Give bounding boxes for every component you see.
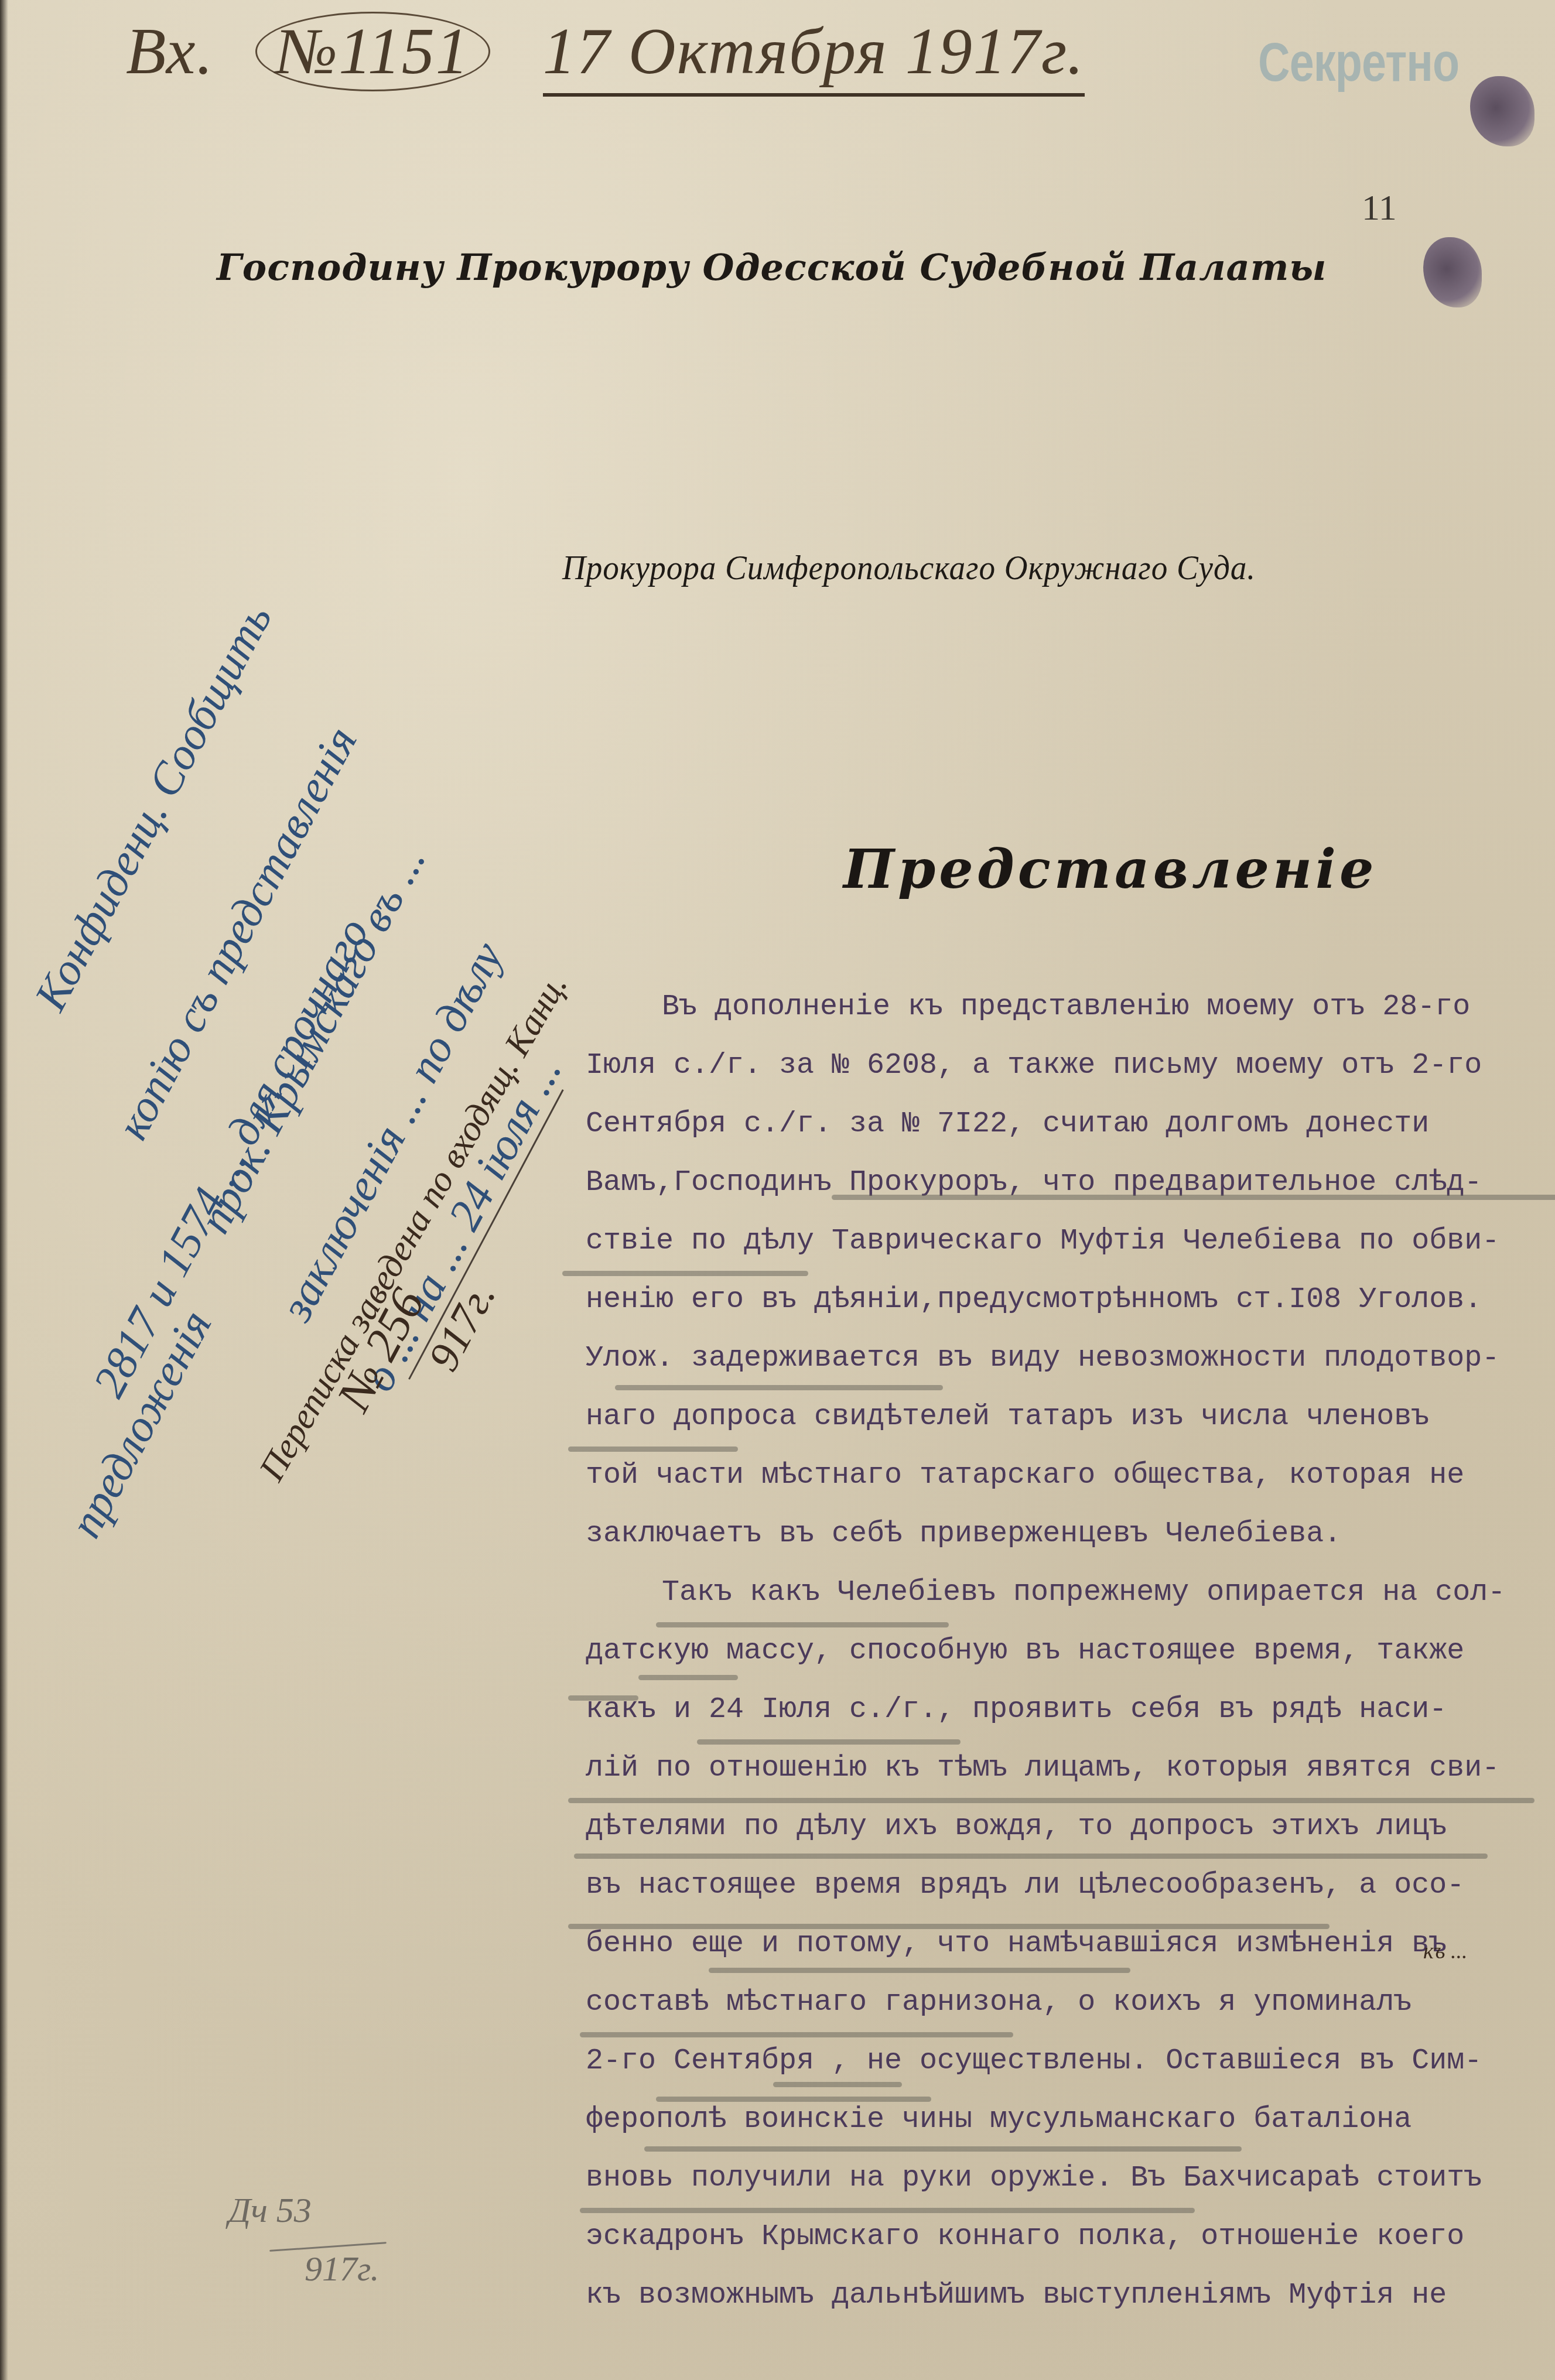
margin-insert: къ ... xyxy=(1423,1938,1468,1964)
body-line: Такъ какъ Челебіевъ попрежнему опирается… xyxy=(586,1564,1555,1622)
pencil-underline xyxy=(615,1385,943,1390)
body-line: заключаетъ въ себѣ приверженцевъ Челебіе… xyxy=(586,1505,1555,1564)
secret-stamp: Секретно xyxy=(1258,32,1459,94)
pencil-underline xyxy=(568,1695,638,1701)
pencil-underline xyxy=(644,2146,1242,2152)
body-line: Сентября с./г. за № 7I22, считаю долгомъ… xyxy=(586,1095,1555,1154)
pencil-underline xyxy=(562,1271,808,1276)
pencil-underline xyxy=(568,1798,1535,1803)
pencil-underline xyxy=(568,1447,738,1452)
body-line: той части мѣстнаго татарскаго общества, … xyxy=(586,1447,1555,1505)
body-line: ненію его въ дѣяніи,предусмотрѣнномъ ст.… xyxy=(586,1271,1555,1329)
pencil-underline xyxy=(580,2032,1013,2037)
ink-blot-icon xyxy=(1423,237,1482,307)
registration-date: 17 Октября 1917г. xyxy=(543,14,1085,97)
body-line: Вамъ,Господинъ Прокуроръ, что предварите… xyxy=(586,1154,1555,1212)
body-line: какъ и 24 Іюля с./г., проявить себя въ р… xyxy=(586,1681,1555,1739)
body-line: Улож. задерживается въ виду невозможност… xyxy=(586,1329,1555,1388)
body-line: 2-го Сентября , не осуществлены. Оставші… xyxy=(586,2032,1555,2091)
body-line: составѣ мѣстнаго гарнизона, о коихъ я уп… xyxy=(586,1974,1555,2032)
scan-edge xyxy=(0,0,8,2380)
body-line: датскую массу, способную въ настоящее вр… xyxy=(586,1622,1555,1681)
document-title: Представленіе xyxy=(843,837,1378,901)
registration-number: №1151 xyxy=(255,12,490,91)
sheet-number: 11 xyxy=(1362,187,1397,229)
pencil-underline xyxy=(656,1622,949,1627)
pencil-underline xyxy=(709,1968,1130,1973)
body-line: въ настоящее время врядъ ли цѣлесообразе… xyxy=(586,1856,1555,1915)
document-body: Въ дополненіе къ представленію моему отъ… xyxy=(586,978,1555,2325)
sender-line: Прокурора Симферопольскаго Окружнаго Суд… xyxy=(562,548,1256,588)
body-line: вновь получили на руки оружіе. Въ Бахчис… xyxy=(586,2149,1555,2208)
ink-blot-icon xyxy=(1470,76,1535,146)
body-line: къ возможнымъ дальнѣйшимъ выступленіямъ … xyxy=(586,2266,1555,2325)
archive-pencil-year: 917г. xyxy=(305,2249,380,2289)
pencil-underline xyxy=(574,1854,1488,1859)
pencil-underline xyxy=(580,2208,1195,2213)
body-line: наго допроса свидѣтелей татаръ изъ числа… xyxy=(586,1388,1555,1447)
archive-pencil-note: Дч 53 xyxy=(228,2190,312,2231)
pencil-underline xyxy=(832,1195,1555,1200)
pencil-underline xyxy=(568,1924,1330,1929)
pencil-underline xyxy=(773,2082,902,2087)
addressee-line: Господину Прокурору Одесской Судебной Па… xyxy=(217,246,1327,289)
body-line: эскадронъ Крымскаго коннаго полка, отнош… xyxy=(586,2208,1555,2266)
body-line: ствіе по дѣлу Таврическаго Муфтія Челебі… xyxy=(586,1212,1555,1271)
body-line: Въ дополненіе къ представленію моему отъ… xyxy=(586,978,1555,1037)
registration-header: Вх. №1151 17 Октября 1917г. xyxy=(126,12,1085,97)
incoming-label: Вх. xyxy=(126,14,214,90)
pencil-underline xyxy=(656,2097,931,2102)
pencil-underline xyxy=(697,1739,961,1745)
body-line: Іюля с./г. за № 6208, а также письму мое… xyxy=(586,1037,1555,1095)
body-line: дѣтелями по дѣлу ихъ вождя, то допросъ э… xyxy=(586,1798,1555,1856)
document-page: Вх. №1151 17 Октября 1917г. Секретно 11 … xyxy=(0,0,1555,2380)
pencil-underline xyxy=(638,1675,738,1680)
body-line: лій по отношенію къ тѣмъ лицамъ, которыя… xyxy=(586,1739,1555,1798)
